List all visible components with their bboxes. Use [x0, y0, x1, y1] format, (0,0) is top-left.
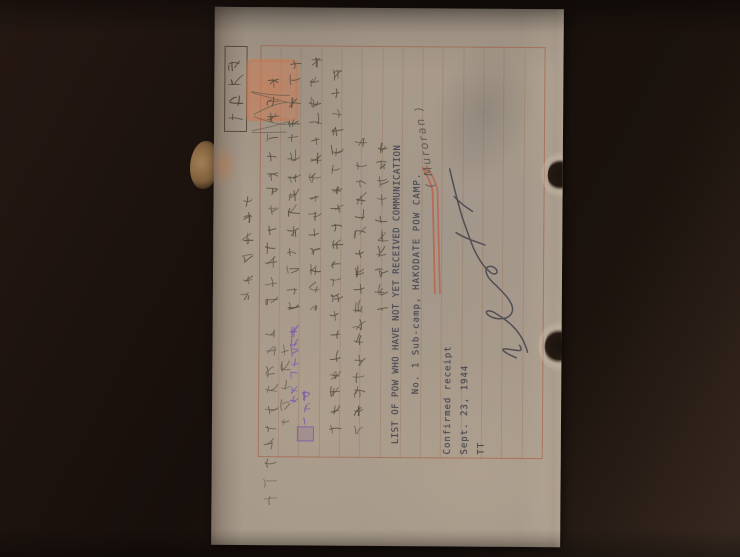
purple-stamp-kanji-row [288, 322, 299, 402]
handwritten-japanese-row [240, 194, 254, 299]
typed-date: Sept. 23, 1944 [460, 364, 471, 454]
purple-censor-stamp [212, 7, 216, 544]
purple-stamp-kanji-row [301, 390, 310, 424]
purple-stamp-box [297, 426, 314, 441]
handwritten-japanese-block [212, 7, 216, 544]
handwritten-japanese-row [307, 57, 323, 310]
handwritten-japanese-row [351, 137, 367, 433]
typed-heading-line1: LIST OF POW WHO HAVE NOT YET RECEIVED CO… [391, 144, 403, 443]
corner-label-kanji [212, 7, 216, 544]
salmon-stain [211, 140, 239, 188]
corner-label-kanji-glyph [226, 93, 243, 119]
punch-hole [544, 327, 563, 365]
photograph-of-document: LIST OF POW WHO HAVE NOT YET RECEIVED CO… [0, 0, 740, 557]
typed-confirmed-receipt: Confirmed receipt [443, 345, 454, 454]
pencil-annotations [212, 7, 216, 544]
document-paper: LIST OF POW WHO HAVE NOT YET RECEIVED CO… [211, 7, 564, 547]
handwritten-japanese-row [328, 69, 345, 433]
pencil-scribble-over-seal [249, 87, 293, 133]
punch-hole [548, 157, 564, 192]
ruled-lines [212, 7, 216, 544]
pencil-note [262, 327, 278, 505]
typed-initials: TT [477, 441, 487, 454]
corner-label-kanji-glyph [226, 58, 243, 84]
document-content-rotated: LIST OF POW WHO HAVE NOT YET RECEIVED CO… [212, 7, 563, 546]
handwritten-japanese-row [374, 140, 389, 310]
